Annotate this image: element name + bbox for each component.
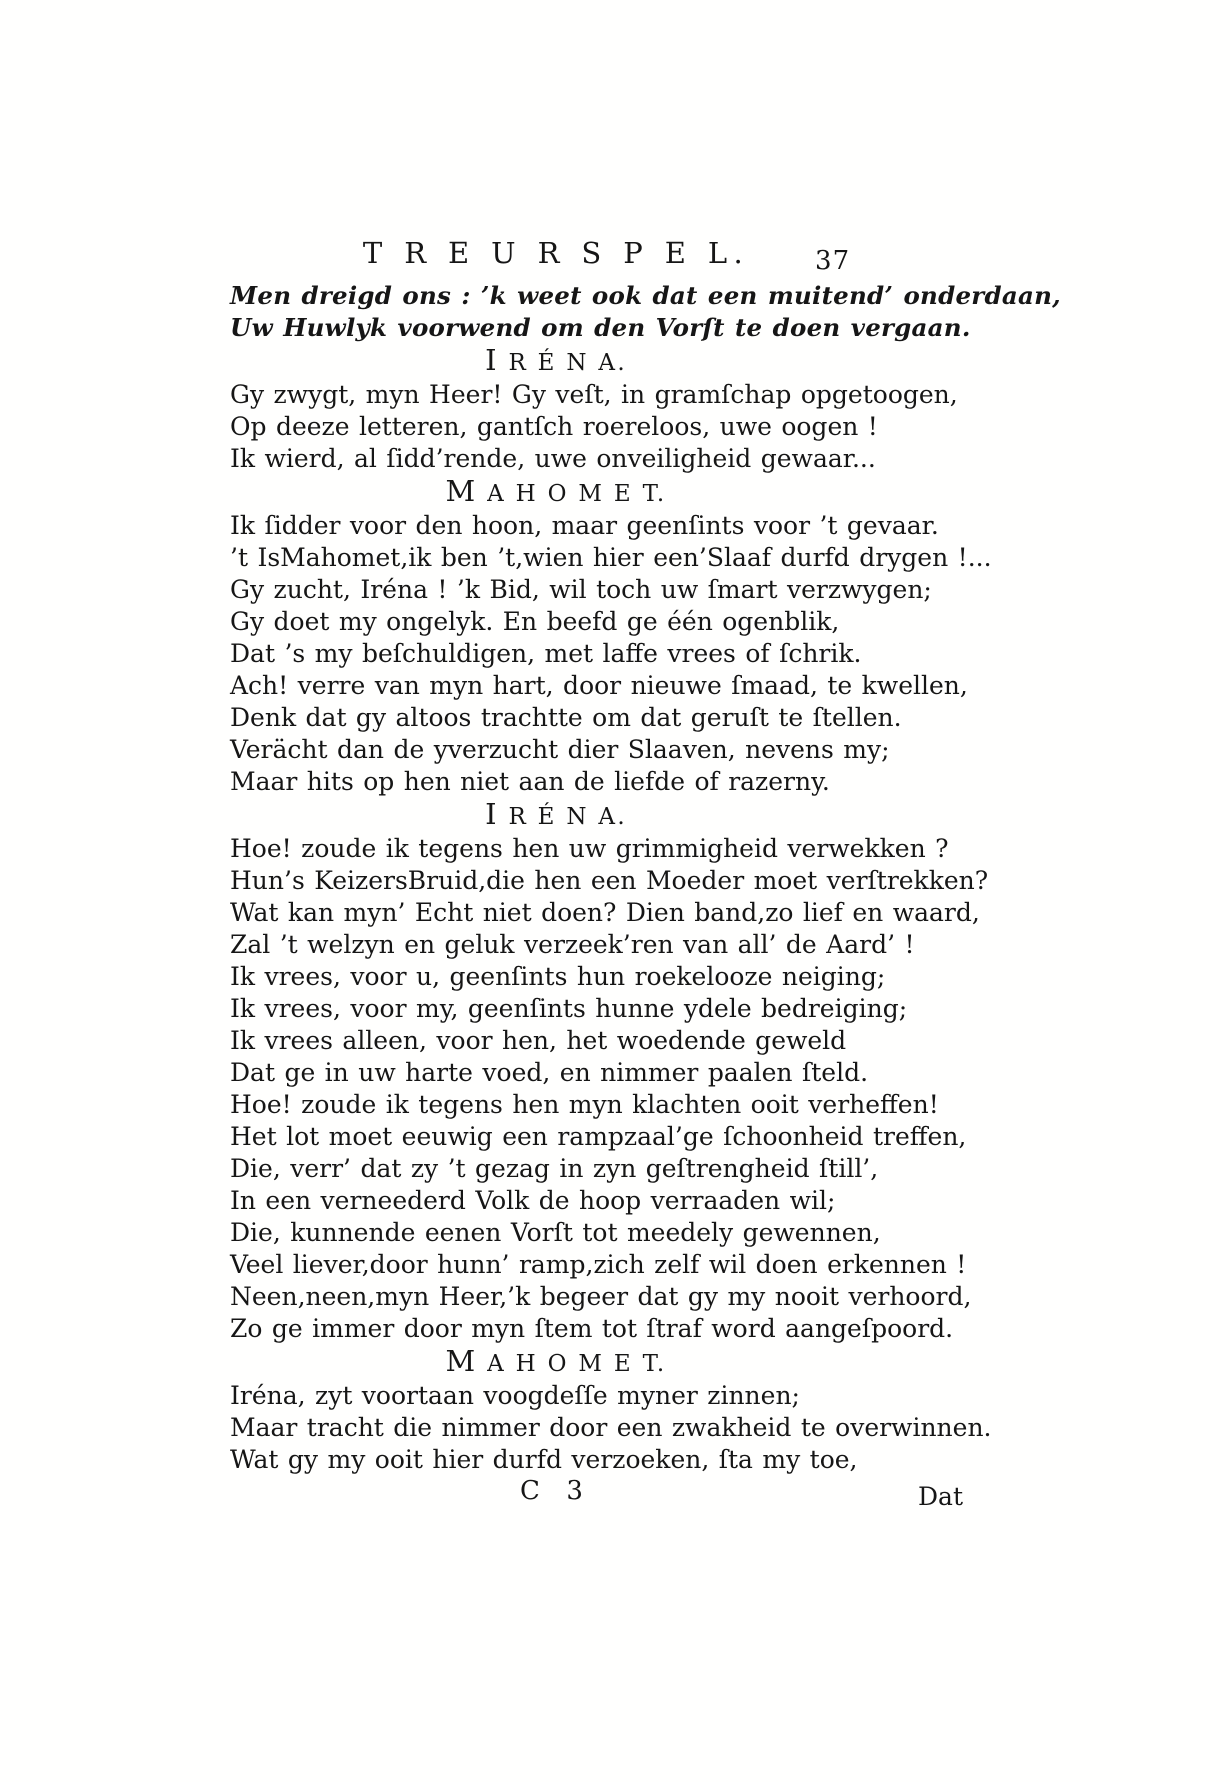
verse-line: Dat ’s my beſchuldigen, met laffe vrees … bbox=[230, 638, 882, 670]
verse-line: Ach! verre van myn hart, door nieuwe ſma… bbox=[230, 670, 882, 702]
verse-line: Ik vrees alleen, voor hen, het woedende … bbox=[230, 1025, 882, 1057]
verse-text-block: Men dreigd ons : ’k weet ook dat een mui… bbox=[230, 280, 882, 1476]
verse-line: Die, verr’ dat zy ’t gezag in zyn geſtre… bbox=[230, 1153, 882, 1185]
verse-line: Ik wierd, al ſidd’rende, uwe onveilighei… bbox=[230, 443, 882, 475]
verse-line: Ik vrees, voor u, geenſints hun roekeloo… bbox=[230, 961, 882, 993]
verse-line: Denk dat gy altoos trachtte om dat geruſ… bbox=[230, 702, 882, 734]
verse-line: Gy zucht, Iréna ! ’k Bid, wil toch uw ſm… bbox=[230, 574, 882, 606]
verse-line: Hoe! zoude ik tegens hen myn klachten oo… bbox=[230, 1089, 882, 1121]
verse-line: Het lot moet eeuwig een rampzaal’ge ſcho… bbox=[230, 1121, 882, 1153]
verse-line: Op deeze letteren, gantſch roereloos, uw… bbox=[230, 411, 882, 443]
verse-line: Hun’s KeizersBruid,die hen een Moeder mo… bbox=[230, 865, 882, 897]
quoted-verse-line: Men dreigd ons : ’k weet ook dat een mui… bbox=[230, 280, 882, 312]
verse-line: Maar hits op hen niet aan de liefde of r… bbox=[230, 766, 882, 798]
verse-line: Gy zwygt, myn Heer! Gy veſt, in gramſcha… bbox=[230, 379, 882, 411]
verse-line: Ik ſidder voor den hoon, maar geenſints … bbox=[230, 510, 882, 542]
verse-line: Hoe! zoude ik tegens hen uw grimmigheid … bbox=[230, 833, 882, 865]
verse-line: Neen,neen,myn Heer,’k begeer dat gy my n… bbox=[230, 1281, 882, 1313]
verse-line: Wat gy my ooit hier durfd verzoeken, ſta… bbox=[230, 1444, 882, 1476]
signature-mark: C 3 bbox=[230, 1476, 882, 1506]
verse-line: Dat ge in uw harte voed, en nimmer paale… bbox=[230, 1057, 882, 1089]
catchword: Dat bbox=[918, 1482, 963, 1511]
verse-line: Zal ’t welzyn en geluk verzeek’ren van a… bbox=[230, 929, 882, 961]
speaker-heading: I R É N A. bbox=[230, 344, 882, 379]
verse-line: In een verneederd Volk de hoop verraaden… bbox=[230, 1185, 882, 1217]
verse-line: Verächt dan de yverzucht dier Slaaven, n… bbox=[230, 734, 882, 766]
verse-line: Ik vrees, voor my, geenſints hunne ydele… bbox=[230, 993, 882, 1025]
page-header: T R E U R S P E L. 37 bbox=[230, 236, 882, 280]
page-footer: C 3 Dat bbox=[230, 1476, 882, 1516]
verse-line: Gy doet my ongelyk. En beefd ge één ogen… bbox=[230, 606, 882, 638]
quoted-verse-line: Uw Huwlyk voorwend om den Vorſt te doen … bbox=[230, 312, 882, 344]
verse-line: Iréna, zyt voortaan voogdeſſe myner zinn… bbox=[230, 1380, 882, 1412]
verse-line: Maar tracht die nimmer door een zwakheid… bbox=[230, 1412, 882, 1444]
page-number: 37 bbox=[815, 246, 850, 276]
speaker-heading: M A H O M E T. bbox=[230, 1345, 882, 1380]
speaker-heading: M A H O M E T. bbox=[230, 475, 882, 510]
verse-line: Wat kan myn’ Echt niet doen? Dien band,z… bbox=[230, 897, 882, 929]
verse-line: Zo ge immer door myn ſtem tot ſtraf word… bbox=[230, 1313, 882, 1345]
running-title: T R E U R S P E L. bbox=[230, 236, 882, 270]
verse-line: Veel liever,door hunn’ ramp,zich zelf wi… bbox=[230, 1249, 882, 1281]
type-area: T R E U R S P E L. 37 Men dreigd ons : ’… bbox=[230, 236, 882, 1516]
verse-line: ’t IsMahomet,ik ben ’t,wien hier een’Sla… bbox=[230, 542, 882, 574]
book-page: T R E U R S P E L. 37 Men dreigd ons : ’… bbox=[0, 0, 1230, 1782]
verse-line: Die, kunnende eenen Vorſt tot meedely ge… bbox=[230, 1217, 882, 1249]
speaker-heading: I R É N A. bbox=[230, 798, 882, 833]
